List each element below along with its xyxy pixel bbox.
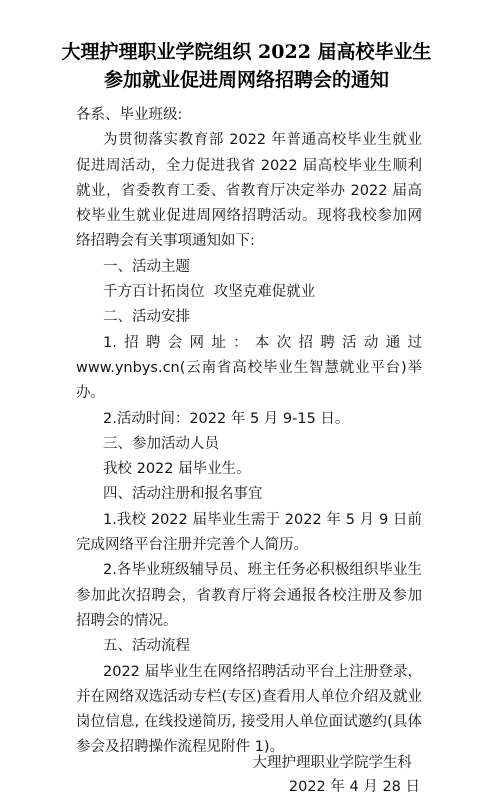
registration-item-1: 1.我校 2022 届毕业生需于 2022 年 5 月 9 日前完成网络平台注册… — [76, 508, 422, 559]
process-text: 2022 届毕业生在网络招聘活动平台上注册登录，并在网络双选活动专栏(专区)查看… — [76, 660, 422, 761]
section-heading-theme: 一、活动主题 — [76, 255, 422, 280]
title-line-1: 大理护理职业学院组织 2022 届高校毕业生 — [0, 38, 493, 66]
section-heading-registration: 四、活动注册和报名事宜 — [76, 482, 422, 507]
section-heading-participants: 三、参加活动人员 — [76, 432, 422, 457]
registration-item-2: 2.各毕业班级辅导员、班主任务必积极组织毕业生参加此次招聘会，省教育厅将会通报各… — [76, 558, 422, 634]
section-heading-arrangement: 二、活动安排 — [76, 305, 422, 330]
participants-text: 我校 2022 届毕业生。 — [76, 457, 422, 482]
section-heading-process: 五、活动流程 — [76, 634, 422, 659]
document-body: 各系、毕业班级: 为贯彻落实教育部 2022 年普通高校毕业生就业促进周活动，全… — [76, 103, 422, 761]
signature-date: 2022 年 4 月 28 日 — [0, 775, 420, 799]
salutation: 各系、毕业班级: — [76, 103, 422, 128]
signature-organization: 大理护理职业学院学生科 — [0, 751, 420, 775]
theme-slogan: 千方百计拓岗位 攻坚克难促就业 — [76, 280, 422, 305]
intro-paragraph: 为贯彻落实教育部 2022 年普通高校毕业生就业促进周活动，全力促进我省 202… — [76, 128, 422, 254]
arrangement-website: 1.招聘会网址：本次招聘活动通过 www.ynbys.cn(云南省高校毕业生智慧… — [76, 331, 422, 407]
signature-block: 大理护理职业学院学生科 2022 年 4 月 28 日 — [0, 751, 420, 799]
document-title: 大理护理职业学院组织 2022 届高校毕业生 参加就业促进周网络招聘会的通知 — [0, 38, 493, 94]
arrangement-time: 2.活动时间：2022 年 5 月 9-15 日。 — [76, 407, 422, 432]
title-line-2: 参加就业促进周网络招聘会的通知 — [0, 66, 493, 94]
